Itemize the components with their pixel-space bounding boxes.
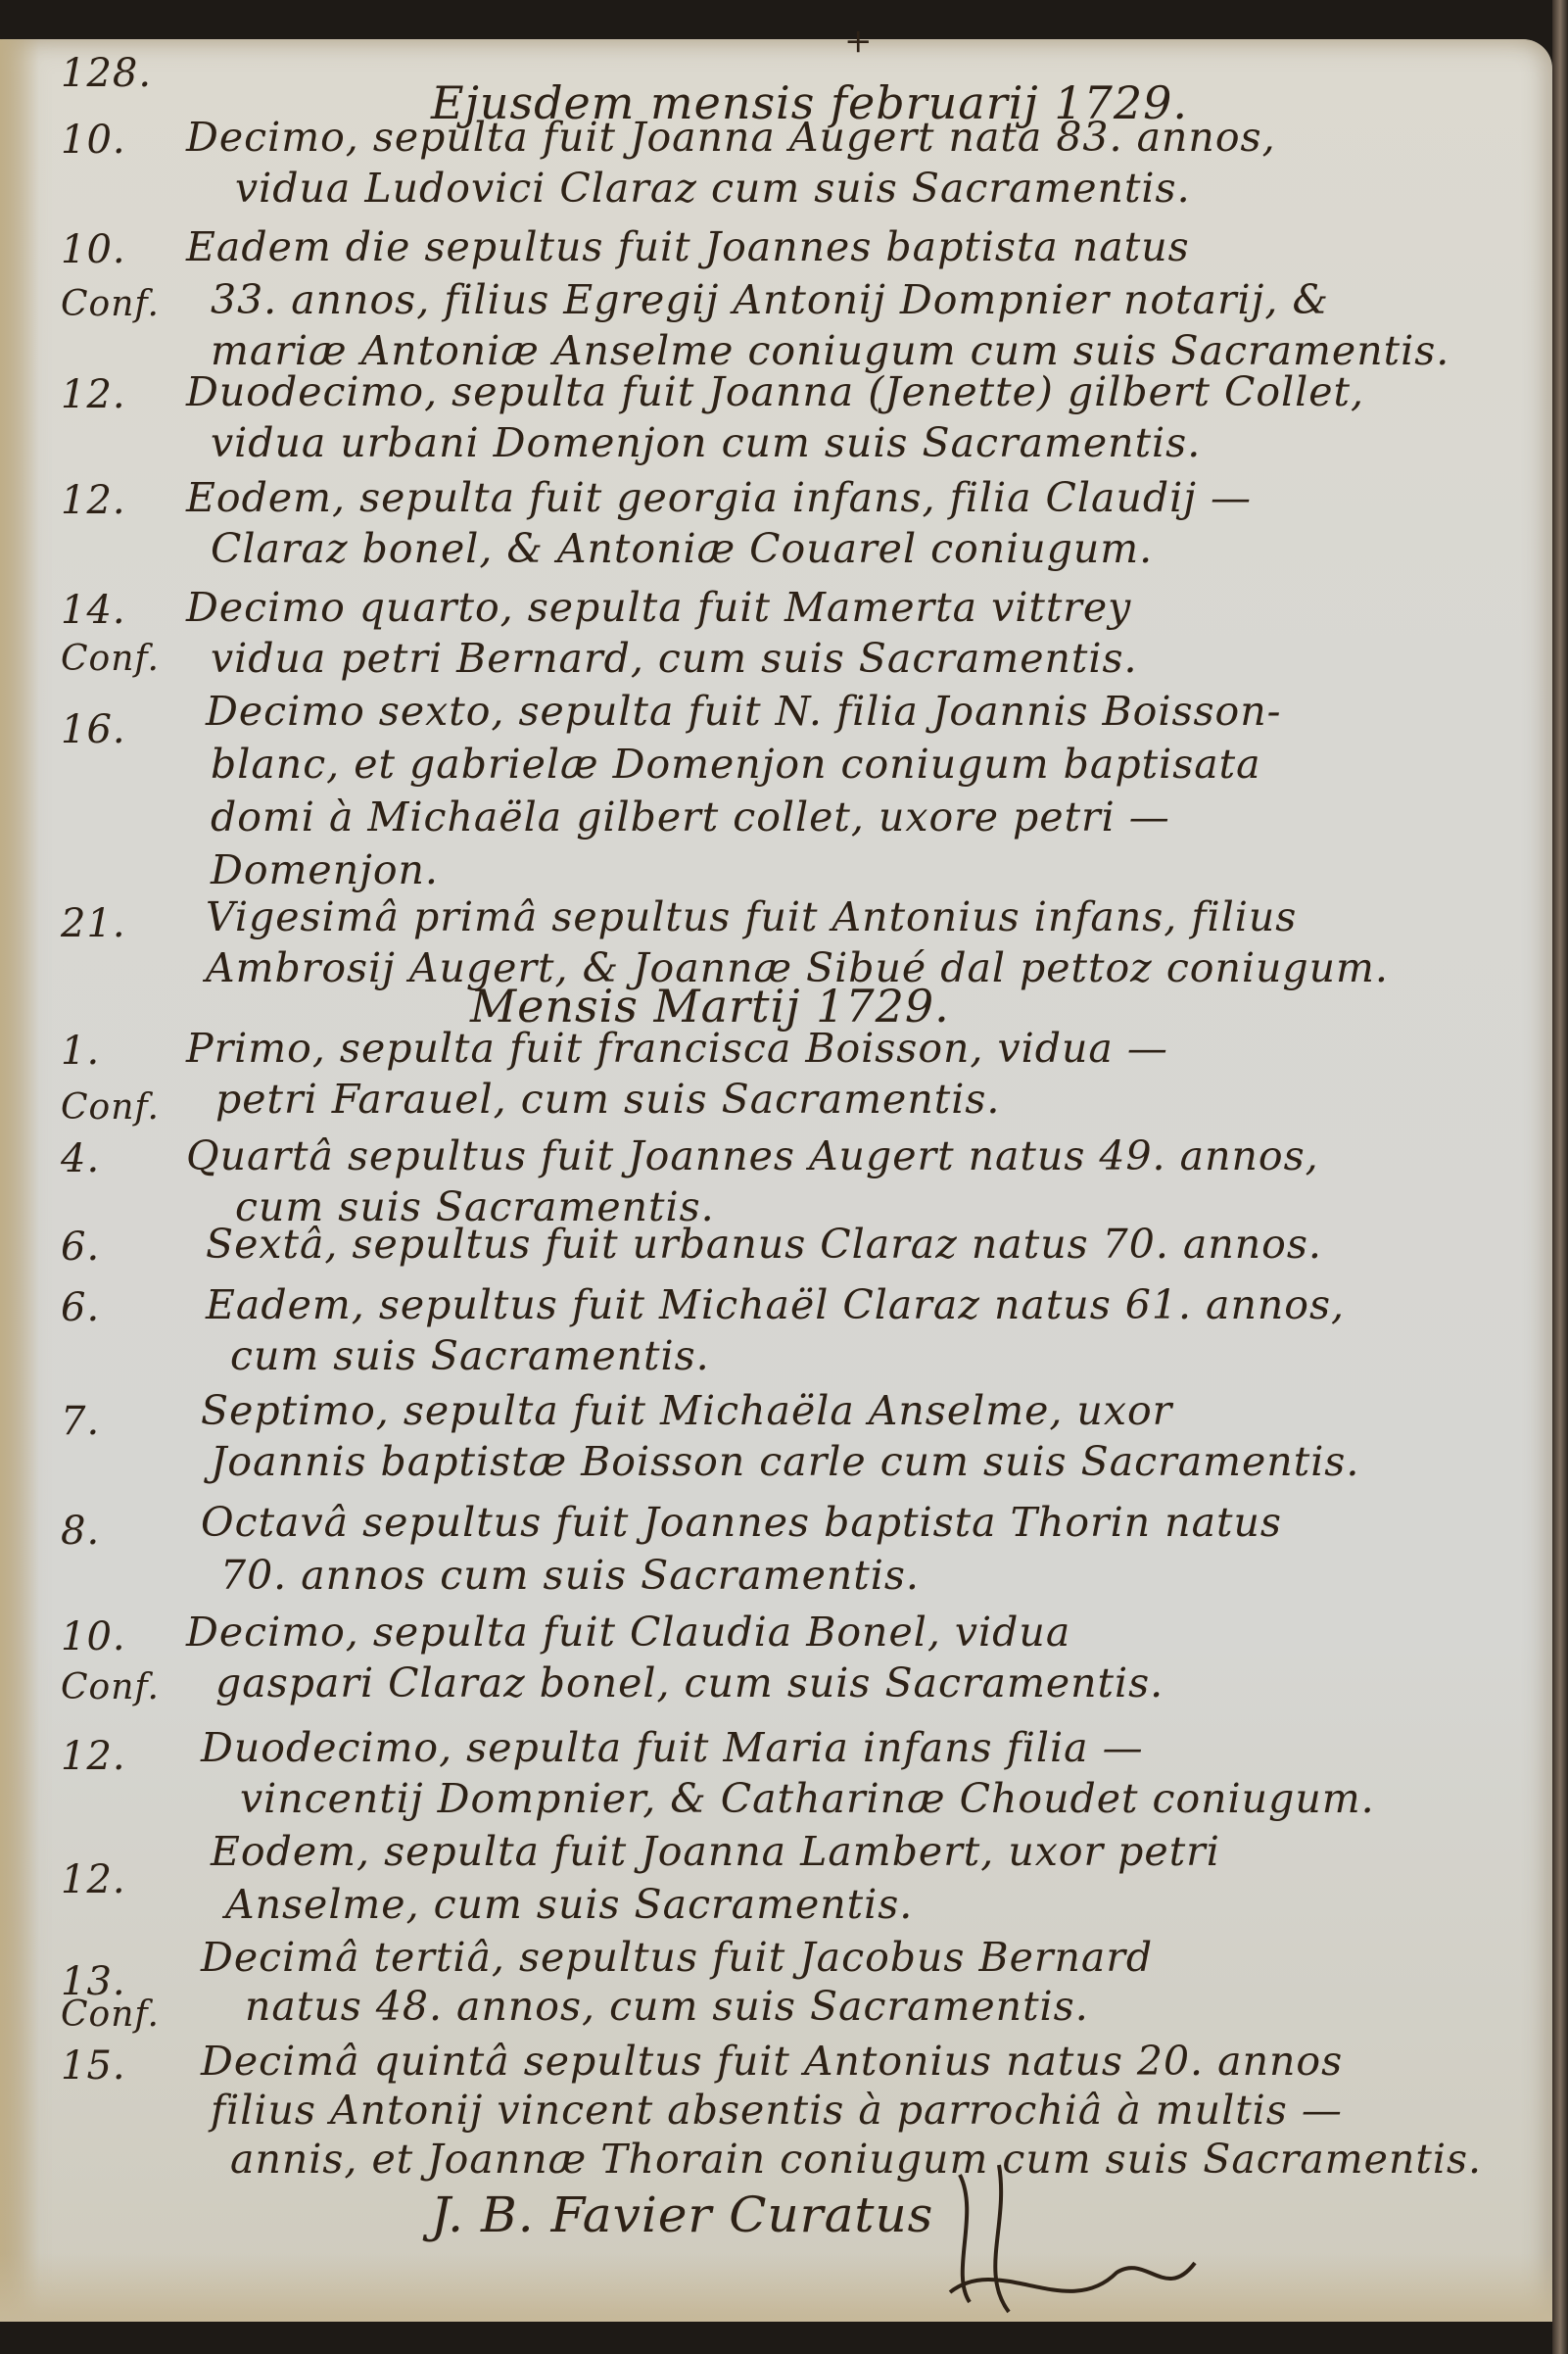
entry-date: 12. xyxy=(61,478,126,523)
entry-date: 10. xyxy=(61,118,126,163)
entry-line: Octavâ sepultus fuit Joannes baptista Th… xyxy=(201,1499,1282,1546)
entry-line: Claraz bonel, & Antoniæ Couarel coniugum… xyxy=(211,525,1153,572)
entry-line: mariæ Antoniæ Anselme coniugum cum suis … xyxy=(211,327,1449,374)
margin-note-conf: Conf. xyxy=(61,284,160,324)
entry-line: blanc, et gabrielæ Domenjon coniugum bap… xyxy=(211,741,1261,788)
entry-line: Decimâ quintâ sepultus fuit Antonius nat… xyxy=(201,2038,1343,2085)
signature-flourish-icon xyxy=(940,2155,1234,2331)
entry-line: Eadem die sepultus fuit Joannes baptista… xyxy=(186,223,1190,270)
entry-line: Decimo, sepulta fuit Joanna Augert nata … xyxy=(186,114,1276,161)
entry-line: Septimo, sepulta fuit Michaëla Anselme, … xyxy=(201,1387,1172,1434)
entry-line: vidua Ludovici Claraz cum suis Sacrament… xyxy=(235,165,1191,212)
entry-line: Decimo quarto, sepulta fuit Mamerta vitt… xyxy=(186,584,1131,631)
entry-date: 6. xyxy=(61,1285,100,1330)
entry-date: 14. xyxy=(61,588,126,633)
entry-date: 21. xyxy=(61,901,126,946)
folio-number: 128. xyxy=(61,51,152,96)
entry-line: Domenjon. xyxy=(211,846,439,893)
entry-line: 33. annos, filius Egregij Antonij Dompni… xyxy=(211,276,1329,323)
entry-line: vidua urbani Domenjon cum suis Sacrament… xyxy=(211,419,1201,466)
entry-line: Decimo sexto, sepulta fuit N. filia Joan… xyxy=(206,688,1282,735)
entry-line: Eodem, sepulta fuit georgia infans, fili… xyxy=(186,474,1252,521)
entry-line: Quartâ sepultus fuit Joannes Augert natu… xyxy=(186,1132,1319,1179)
entry-line: Decimâ tertiâ, sepultus fuit Jacobus Ber… xyxy=(201,1934,1153,1981)
entry-line: Eadem, sepultus fuit Michaël Claraz natu… xyxy=(206,1281,1345,1328)
entry-line: Duodecimo, sepulta fuit Joanna (Jenette)… xyxy=(186,368,1364,415)
margin-note-conf: Conf. xyxy=(61,1667,160,1707)
entry-date: 15. xyxy=(61,2043,126,2089)
entry-line: annis, et Joannæ Thorain coniugum cum su… xyxy=(230,2136,1482,2183)
margin-note-conf: Conf. xyxy=(61,1087,160,1128)
entry-line: Sextâ, sepultus fuit urbanus Claraz natu… xyxy=(206,1221,1322,1268)
margin-note-conf: Conf. xyxy=(61,639,160,679)
margin-note-conf: Conf. xyxy=(61,1994,160,2035)
entry-line: Vigesimâ primâ sepultus fuit Antonius in… xyxy=(206,893,1297,940)
entry-date: 10. xyxy=(61,1614,126,1659)
entry-date: 12. xyxy=(61,1857,126,1902)
entry-date: 6. xyxy=(61,1225,100,1270)
entry-line: natus 48. annos, cum suis Sacramentis. xyxy=(245,1983,1089,2030)
entry-date: 7. xyxy=(61,1399,100,1444)
entry-line: gaspari Claraz bonel, cum suis Sacrament… xyxy=(215,1659,1164,1706)
entry-line: Joannis baptistæ Boisson carle cum suis … xyxy=(211,1438,1359,1485)
entry-line: vincentij Dompnier, & Catharinæ Choudet … xyxy=(240,1775,1375,1822)
entry-line: Eodem, sepulta fuit Joanna Lambert, uxor… xyxy=(211,1828,1220,1875)
entry-date: 16. xyxy=(61,707,126,752)
entry-date: 12. xyxy=(61,1734,126,1779)
entry-line: Anselme, cum suis Sacramentis. xyxy=(225,1881,913,1928)
cross-mark-icon: + xyxy=(844,22,874,61)
curate-signature: J. B. Favier Curatus xyxy=(431,2186,933,2243)
entry-line: Decimo, sepulta fuit Claudia Bonel, vidu… xyxy=(186,1609,1070,1656)
entry-line: filius Antonij vincent absentis à parroc… xyxy=(211,2087,1343,2134)
entry-line: vidua petri Bernard, cum suis Sacramenti… xyxy=(211,635,1138,682)
book-spine-edge xyxy=(1552,0,1568,2354)
entry-date: 12. xyxy=(61,372,126,417)
entry-date: 8. xyxy=(61,1509,100,1554)
entry-line: 70. annos cum suis Sacramentis. xyxy=(220,1552,920,1599)
entry-date: 1. xyxy=(61,1029,100,1074)
entry-line: Duodecimo, sepulta fuit Maria infans fil… xyxy=(201,1724,1144,1771)
entry-date: 10. xyxy=(61,227,126,272)
entry-line: petri Farauel, cum suis Sacramentis. xyxy=(215,1076,1000,1123)
entry-line: domi à Michaëla gilbert collet, uxore pe… xyxy=(211,793,1170,841)
entry-date: 4. xyxy=(61,1136,100,1181)
entry-line: Primo, sepulta fuit francisca Boisson, v… xyxy=(186,1025,1168,1072)
entry-line: cum suis Sacramentis. xyxy=(230,1332,710,1379)
